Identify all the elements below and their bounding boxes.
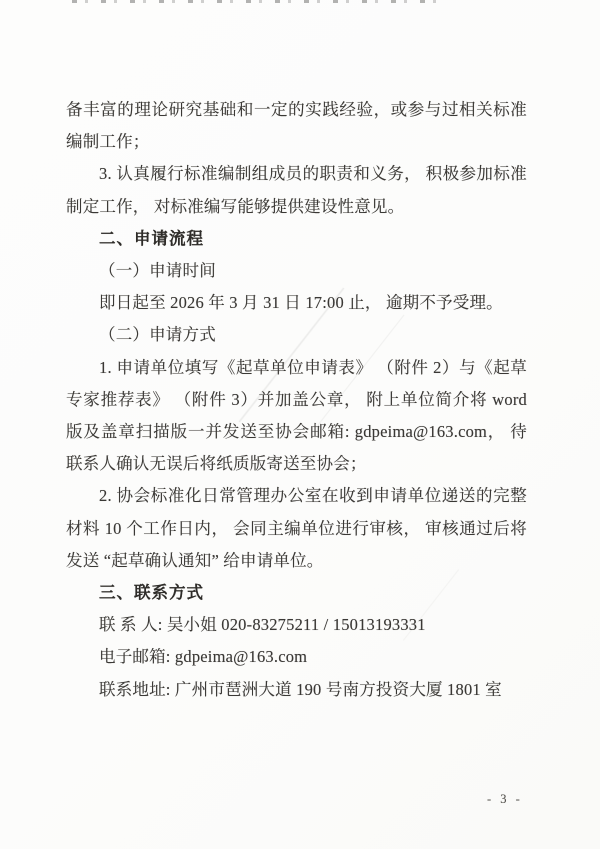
contact-email-label: 电子邮箱: xyxy=(99,647,175,666)
document-page: 备丰富的理论研究基础和一定的实践经验，或参与过相关标准编制工作； 3. 认真履行… xyxy=(0,0,600,849)
contact-person-label: 联 系 人: xyxy=(99,615,167,634)
contact-email-line: 电子邮箱: gdpeima@163.com xyxy=(66,641,527,673)
contact-address-value: 广州市琶洲大道 190 号南方投资大厦 1801 室 xyxy=(175,680,502,699)
contact-address-line: 联系地址: 广州市琶洲大道 190 号南方投资大厦 1801 室 xyxy=(66,674,527,706)
contact-address-label: 联系地址: xyxy=(99,680,175,699)
section-heading-application-process: 二、申请流程 xyxy=(66,223,527,255)
document-content: 备丰富的理论研究基础和一定的实践经验，或参与过相关标准编制工作； 3. 认真履行… xyxy=(66,94,527,706)
subheading-application-time: （一）申请时间 xyxy=(66,255,527,287)
scan-cutoff-line-artifact xyxy=(72,0,442,3)
paragraph-method-1: 1. 申请单位填写《起草单位申请表》 （附件 2）与《起草专家推荐表》 （附件 … xyxy=(66,352,527,481)
paragraph-item-3: 3. 认真履行标准编制组成员的职责和义务， 积极参加标准制定工作， 对标准编写能… xyxy=(66,158,527,222)
contact-person-value: 吴小姐 020-83275211 / 15013193331 xyxy=(167,615,426,634)
section-heading-contact-info: 三、联系方式 xyxy=(66,577,527,609)
paragraph-continuation: 备丰富的理论研究基础和一定的实践经验，或参与过相关标准编制工作； xyxy=(66,94,527,158)
contact-email-value: gdpeima@163.com xyxy=(175,647,307,666)
paragraph-deadline: 即日起至 2026 年 3 月 31 日 17:00 止， 逾期不予受理。 xyxy=(66,287,527,319)
contact-person-line: 联 系 人: 吴小姐 020-83275211 / 15013193331 xyxy=(66,609,527,641)
page-number: - 3 - xyxy=(487,792,523,807)
paragraph-method-2: 2. 协会标准化日常管理办公室在收到申请单位递送的完整材料 10 个工作日内， … xyxy=(66,480,527,577)
subheading-application-method: （二）申请方式 xyxy=(66,319,527,351)
